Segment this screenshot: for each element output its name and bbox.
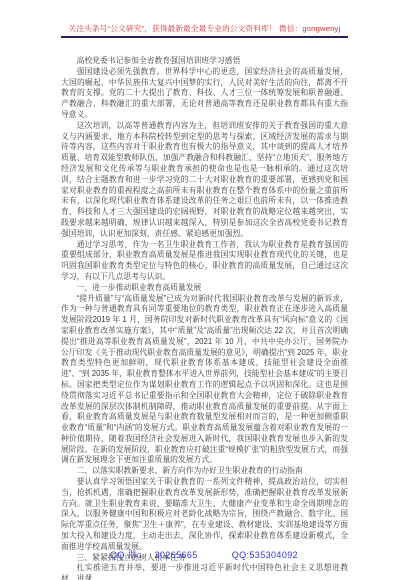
footer-contact: QQ 群：30265665QQ:535304092 bbox=[0, 548, 408, 561]
document-title: 高校党委书记参加全省教育强国培训班学习感悟 bbox=[61, 56, 348, 67]
paragraph: 强国建设必须先强教育。世界科学中心的更迭，国家经济社会的高质量发展，大国的崛起，… bbox=[61, 67, 348, 121]
section-heading-2: 二、以落实职教新要求、新方向作为办好卫生职业教育的行动指南 bbox=[61, 466, 348, 477]
qq-group-number: 30265665 bbox=[154, 550, 197, 560]
paragraph: 扎实推进五育并举，要进一步推进习近平新时代中国特色社会主义思想进教材、进课 bbox=[61, 563, 348, 580]
qq-number: 535304092 bbox=[249, 550, 298, 560]
section-heading-1: 一、进一步推动职业教育高质量发展 bbox=[61, 283, 348, 294]
document-page: 关注头条号“公文研究”，获得最新最全最专业的公文资料库！ 微信：gongweny… bbox=[0, 0, 408, 580]
qq-group-label: QQ 群： bbox=[110, 550, 147, 560]
header-promo-text: 关注头条号“公文研究”，获得最新最全最专业的公文资料库！ 微信：gongweny… bbox=[69, 24, 341, 33]
qq-label: QQ: bbox=[232, 550, 250, 560]
paragraph: 通过学习思考，作为一名卫生职业教育工作者，我认为职业教育是教育强国的重要组成部分… bbox=[61, 240, 348, 283]
header-banner: 关注头条号“公文研究”，获得最新最全最专业的公文资料库！ 微信：gongweny… bbox=[61, 24, 348, 38]
paragraph: 要认真学习领悟国家关于职业教育的一系列文件精神，提高政治站位，切实担当，抢抓机遇… bbox=[61, 477, 348, 553]
paragraph: “提升质量”与“高质量发展”已成为对新时代我国职业教育改革与发展的新诉求，作为一… bbox=[61, 294, 348, 467]
document-body: 高校党委书记参加全省教育强国培训班学习感悟 强国建设必须先强教育。世界科学中心的… bbox=[61, 56, 348, 580]
paragraph: 这次培训，以高等普通教育内容为主，但培训班安排的关于教育强国的重大意义与内涵要求… bbox=[61, 121, 348, 240]
